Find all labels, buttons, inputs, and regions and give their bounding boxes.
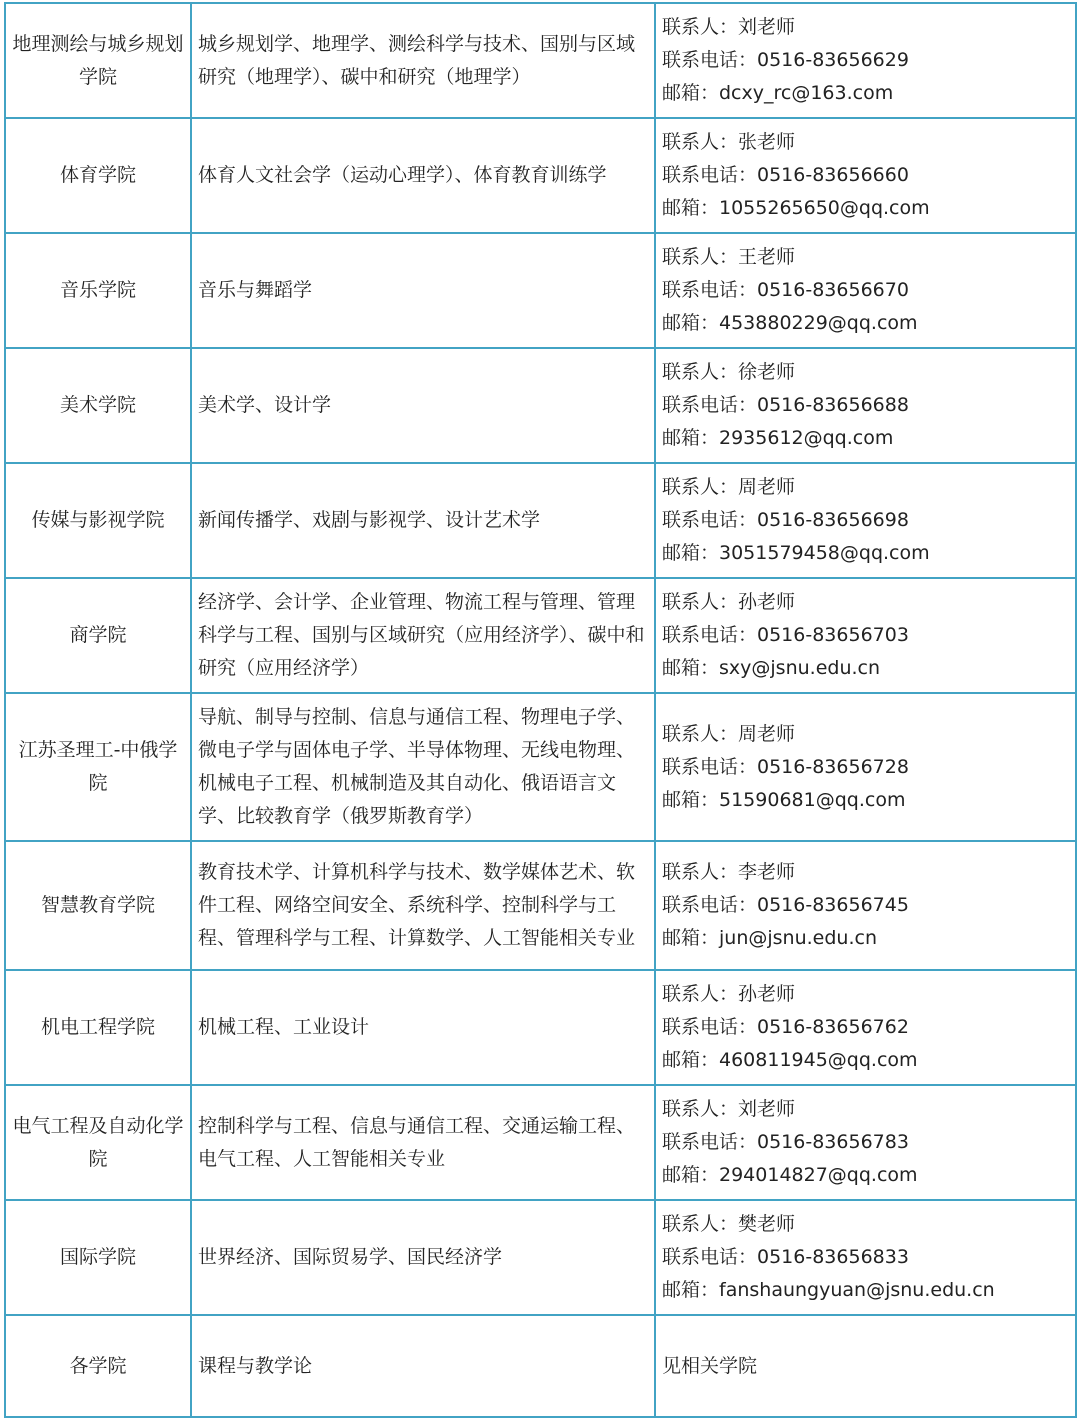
table-row: 地理测绘与城乡规划学院城乡规划学、地理学、测绘科学与技术、国别与区域研究（地理学… xyxy=(5,3,1076,118)
contact-email: 邮箱：460811945@qq.com xyxy=(662,1044,1069,1077)
college-name-cell: 智慧教育学院 xyxy=(5,841,191,970)
contact-person: 联系人：樊老师 xyxy=(662,1208,1069,1241)
contact-note: 见相关学院 xyxy=(662,1350,1069,1383)
majors-cell: 机械工程、工业设计 xyxy=(191,970,655,1085)
contact-phone: 联系电话：0516-83656698 xyxy=(662,504,1069,537)
contact-phone: 联系电话：0516-83656783 xyxy=(662,1126,1069,1159)
table-row: 各学院课程与教学论见相关学院 xyxy=(5,1315,1076,1417)
college-name-cell: 传媒与影视学院 xyxy=(5,463,191,578)
contact-person: 联系人：孙老师 xyxy=(662,586,1069,619)
contact-phone: 联系电话：0516-83656762 xyxy=(662,1011,1069,1044)
contact-person: 联系人：周老师 xyxy=(662,718,1069,751)
contact-person: 联系人：徐老师 xyxy=(662,356,1069,389)
contact-email: 邮箱：dcxy_rc@163.com xyxy=(662,77,1069,110)
contact-phone: 联系电话：0516-83656670 xyxy=(662,274,1069,307)
table-row: 机电工程学院机械工程、工业设计联系人：孙老师联系电话：0516-83656762… xyxy=(5,970,1076,1085)
contact-phone: 联系电话：0516-83656745 xyxy=(662,889,1069,922)
contact-email: 邮箱：3051579458@qq.com xyxy=(662,537,1069,570)
contact-email: 邮箱：2935612@qq.com xyxy=(662,422,1069,455)
contact-phone: 联系电话：0516-83656688 xyxy=(662,389,1069,422)
table-row: 智慧教育学院教育技术学、计算机科学与技术、数学媒体艺术、软件工程、网络空间安全、… xyxy=(5,841,1076,970)
contact-email: 邮箱：294014827@qq.com xyxy=(662,1159,1069,1192)
contact-cell: 联系人：王老师联系电话：0516-83656670邮箱：453880229@qq… xyxy=(655,233,1076,348)
college-name-cell: 音乐学院 xyxy=(5,233,191,348)
majors-cell: 世界经济、国际贸易学、国民经济学 xyxy=(191,1200,655,1315)
contact-cell: 联系人：刘老师联系电话：0516-83656629邮箱：dcxy_rc@163.… xyxy=(655,3,1076,118)
contact-person: 联系人：李老师 xyxy=(662,856,1069,889)
contact-email: 邮箱：1055265650@qq.com xyxy=(662,192,1069,225)
contact-email: 邮箱：453880229@qq.com xyxy=(662,307,1069,340)
majors-cell: 新闻传播学、戏剧与影视学、设计艺术学 xyxy=(191,463,655,578)
college-contacts-table: 地理测绘与城乡规划学院城乡规划学、地理学、测绘科学与技术、国别与区域研究（地理学… xyxy=(4,2,1077,1418)
college-name-cell: 国际学院 xyxy=(5,1200,191,1315)
contact-email: 邮箱：51590681@qq.com xyxy=(662,784,1069,817)
contact-phone: 联系电话：0516-83656703 xyxy=(662,619,1069,652)
contact-phone: 联系电话：0516-83656660 xyxy=(662,159,1069,192)
table-row: 国际学院世界经济、国际贸易学、国民经济学联系人：樊老师联系电话：0516-836… xyxy=(5,1200,1076,1315)
contact-cell: 联系人：孙老师联系电话：0516-83656762邮箱：460811945@qq… xyxy=(655,970,1076,1085)
contact-cell: 联系人：刘老师联系电话：0516-83656783邮箱：294014827@qq… xyxy=(655,1085,1076,1200)
majors-cell: 导航、制导与控制、信息与通信工程、物理电子学、微电子学与固体电子学、半导体物理、… xyxy=(191,693,655,841)
contact-cell: 联系人：徐老师联系电话：0516-83656688邮箱：2935612@qq.c… xyxy=(655,348,1076,463)
majors-cell: 经济学、会计学、企业管理、物流工程与管理、管理科学与工程、国别与区域研究（应用经… xyxy=(191,578,655,693)
contact-person: 联系人：孙老师 xyxy=(662,978,1069,1011)
contact-person: 联系人：刘老师 xyxy=(662,1093,1069,1126)
contact-phone: 联系电话：0516-83656629 xyxy=(662,44,1069,77)
majors-cell: 音乐与舞蹈学 xyxy=(191,233,655,348)
contact-cell: 联系人：周老师联系电话：0516-83656698邮箱：3051579458@q… xyxy=(655,463,1076,578)
contact-person: 联系人：王老师 xyxy=(662,241,1069,274)
table-body: 地理测绘与城乡规划学院城乡规划学、地理学、测绘科学与技术、国别与区域研究（地理学… xyxy=(5,3,1076,1417)
majors-cell: 美术学、设计学 xyxy=(191,348,655,463)
college-name-cell: 商学院 xyxy=(5,578,191,693)
contact-phone: 联系电话：0516-83656728 xyxy=(662,751,1069,784)
table-row: 江苏圣理工-中俄学院导航、制导与控制、信息与通信工程、物理电子学、微电子学与固体… xyxy=(5,693,1076,841)
table-row: 音乐学院音乐与舞蹈学联系人：王老师联系电话：0516-83656670邮箱：45… xyxy=(5,233,1076,348)
contact-person: 联系人：周老师 xyxy=(662,471,1069,504)
majors-cell: 体育人文社会学（运动心理学）、体育教育训练学 xyxy=(191,118,655,233)
contact-cell: 见相关学院 xyxy=(655,1315,1076,1417)
majors-cell: 教育技术学、计算机科学与技术、数学媒体艺术、软件工程、网络空间安全、系统科学、控… xyxy=(191,841,655,970)
college-name-cell: 电气工程及自动化学院 xyxy=(5,1085,191,1200)
table-row: 体育学院体育人文社会学（运动心理学）、体育教育训练学联系人：张老师联系电话：05… xyxy=(5,118,1076,233)
contact-email: 邮箱：sxy@jsnu.edu.cn xyxy=(662,652,1069,685)
contact-person: 联系人：张老师 xyxy=(662,126,1069,159)
contact-cell: 联系人：周老师联系电话：0516-83656728邮箱：51590681@qq.… xyxy=(655,693,1076,841)
college-name-cell: 江苏圣理工-中俄学院 xyxy=(5,693,191,841)
contact-cell: 联系人：樊老师联系电话：0516-83656833邮箱：fanshaungyua… xyxy=(655,1200,1076,1315)
contact-phone: 联系电话：0516-83656833 xyxy=(662,1241,1069,1274)
college-name-cell: 美术学院 xyxy=(5,348,191,463)
college-name-cell: 各学院 xyxy=(5,1315,191,1417)
majors-cell: 城乡规划学、地理学、测绘科学与技术、国别与区域研究（地理学）、碳中和研究（地理学… xyxy=(191,3,655,118)
table-row: 电气工程及自动化学院控制科学与工程、信息与通信工程、交通运输工程、电气工程、人工… xyxy=(5,1085,1076,1200)
contact-email: 邮箱：jun@jsnu.edu.cn xyxy=(662,922,1069,955)
college-name-cell: 地理测绘与城乡规划学院 xyxy=(5,3,191,118)
college-name-cell: 体育学院 xyxy=(5,118,191,233)
table-row: 美术学院美术学、设计学联系人：徐老师联系电话：0516-83656688邮箱：2… xyxy=(5,348,1076,463)
contact-cell: 联系人：李老师联系电话：0516-83656745邮箱：jun@jsnu.edu… xyxy=(655,841,1076,970)
college-name-cell: 机电工程学院 xyxy=(5,970,191,1085)
contact-person: 联系人：刘老师 xyxy=(662,11,1069,44)
table-row: 传媒与影视学院新闻传播学、戏剧与影视学、设计艺术学联系人：周老师联系电话：051… xyxy=(5,463,1076,578)
table-row: 商学院经济学、会计学、企业管理、物流工程与管理、管理科学与工程、国别与区域研究（… xyxy=(5,578,1076,693)
contact-cell: 联系人：张老师联系电话：0516-83656660邮箱：1055265650@q… xyxy=(655,118,1076,233)
contact-cell: 联系人：孙老师联系电话：0516-83656703邮箱：sxy@jsnu.edu… xyxy=(655,578,1076,693)
majors-cell: 课程与教学论 xyxy=(191,1315,655,1417)
majors-cell: 控制科学与工程、信息与通信工程、交通运输工程、电气工程、人工智能相关专业 xyxy=(191,1085,655,1200)
contact-email: 邮箱：fanshaungyuan@jsnu.edu.cn xyxy=(662,1274,1069,1307)
